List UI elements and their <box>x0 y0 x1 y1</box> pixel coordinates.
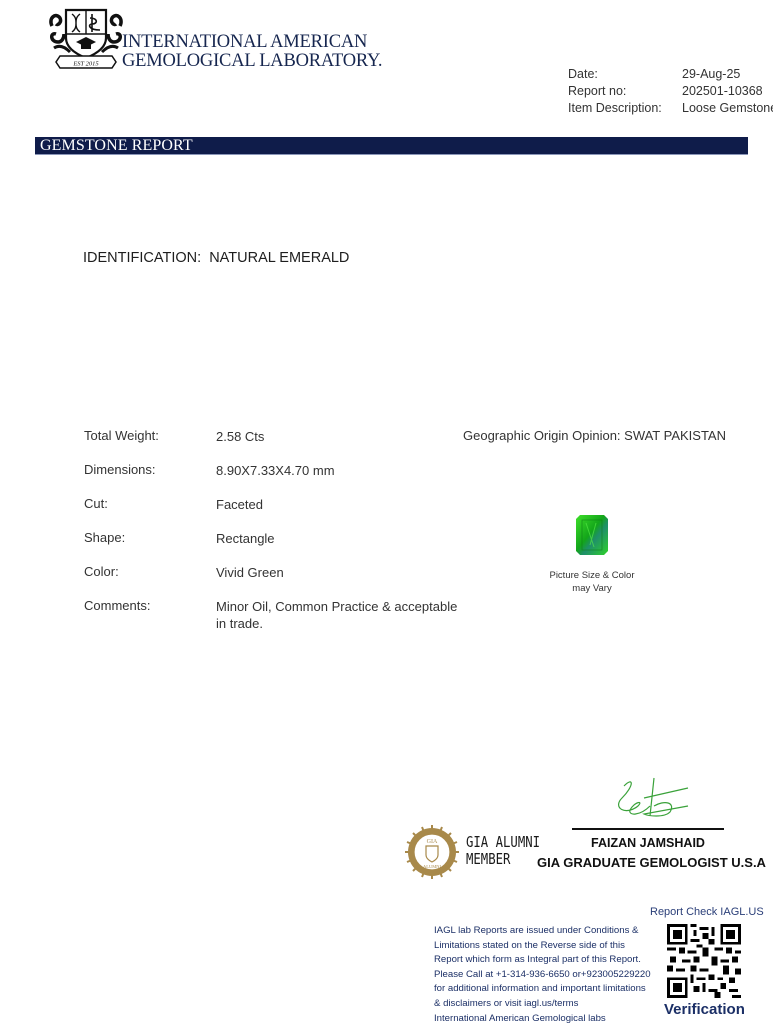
geographic-origin: Geographic Origin Opinion: SWAT PAKISTAN <box>463 428 726 443</box>
detail-value: 2.58 Cts <box>216 428 264 445</box>
report-check-label: Report Check IAGL.US <box>650 906 764 918</box>
detail-label: Comments: <box>84 598 150 613</box>
gia-alumni-member: GIA ALUMNI MEMBER <box>466 834 540 868</box>
meta-row-item-description: Item Description: Loose Gemstone <box>568 100 773 117</box>
seal-text-bottom: ALUMNI <box>423 864 441 869</box>
detail-label: Shape: <box>84 530 125 545</box>
disclaimer-line: IAGL lab Reports are issued under Condit… <box>434 924 651 939</box>
disclaimer-line: & disclaimers or visit iagl.us/terms <box>434 997 651 1012</box>
detail-value: Rectangle <box>216 530 275 547</box>
disclaimer-line: International American Gemological labs <box>434 1012 651 1024</box>
detail-value: Minor Oil, Common Practice & acceptable … <box>216 598 457 632</box>
meta-label: Report no: <box>568 83 682 100</box>
gia-alumni-seal-icon: GIA ALUMNI <box>405 825 459 879</box>
detail-label: Cut: <box>84 496 108 511</box>
meta-value: Loose Gemstone <box>682 100 773 117</box>
meta-label: Item Description: <box>568 100 682 117</box>
logo-established-text: EST 2015 <box>72 61 99 68</box>
detail-label: Color: <box>84 564 119 579</box>
qr-code-icon[interactable] <box>667 924 741 998</box>
caption-line2: may Vary <box>540 582 644 595</box>
meta-value: 202501-10368 <box>682 83 763 100</box>
detail-value: Vivid Green <box>216 564 284 581</box>
disclaimer-line: Limitations stated on the Reverse side o… <box>434 939 651 954</box>
signature-icon <box>604 776 690 822</box>
identification: IDENTIFICATION: NATURAL EMERALD <box>83 250 349 266</box>
signer-name: FAIZAN JAMSHAID <box>572 836 724 850</box>
detail-value: Faceted <box>216 496 263 513</box>
meta-row-report-no: Report no: 202501-10368 <box>568 83 773 100</box>
seal-text-top: GIA <box>427 839 438 845</box>
gia-line2: MEMBER <box>466 851 540 868</box>
detail-label: Dimensions: <box>84 462 156 477</box>
emerald-gem-icon <box>576 515 608 555</box>
verification-label: Verification <box>664 1001 745 1018</box>
lab-crest-logo: EST 2015 <box>48 4 124 70</box>
meta-label: Date: <box>568 66 682 83</box>
disclaimer-line: for additional information and important… <box>434 982 651 997</box>
detail-value: 8.90X7.33X4.70 mm <box>216 462 335 479</box>
gem-image-caption: Picture Size & Color may Vary <box>540 569 644 595</box>
gia-line1: GIA ALUMNI <box>466 834 540 851</box>
disclaimer-line: Please Call at +1-314-936-6650 or+923005… <box>434 968 651 983</box>
meta-value: 29-Aug-25 <box>682 66 740 83</box>
detail-label: Total Weight: <box>84 428 159 443</box>
report-title-banner: GEMSTONE REPORT <box>35 137 748 155</box>
signer-title: GIA GRADUATE GEMOLOGIST U.S.A <box>537 855 766 870</box>
disclaimer-line: Report which form as Integral part of th… <box>434 953 651 968</box>
signature-line <box>572 828 724 830</box>
report-meta: Date: 29-Aug-25 Report no: 202501-10368 … <box>568 66 773 117</box>
report-title: GEMSTONE REPORT <box>40 137 193 155</box>
meta-row-date: Date: 29-Aug-25 <box>568 66 773 83</box>
caption-line1: Picture Size & Color <box>540 569 644 582</box>
comments-line1: Minor Oil, Common Practice & acceptable <box>216 599 457 614</box>
lab-name: INTERNATIONAL AMERICAN GEMOLOGICAL LABOR… <box>122 33 382 71</box>
comments-line2: in trade. <box>216 616 263 631</box>
disclaimer-text: IAGL lab Reports are issued under Condit… <box>434 924 651 1024</box>
lab-name-line1: INTERNATIONAL AMERICAN <box>122 33 382 52</box>
lab-name-line2: GEMOLOGICAL LABORATORY. <box>122 52 382 71</box>
